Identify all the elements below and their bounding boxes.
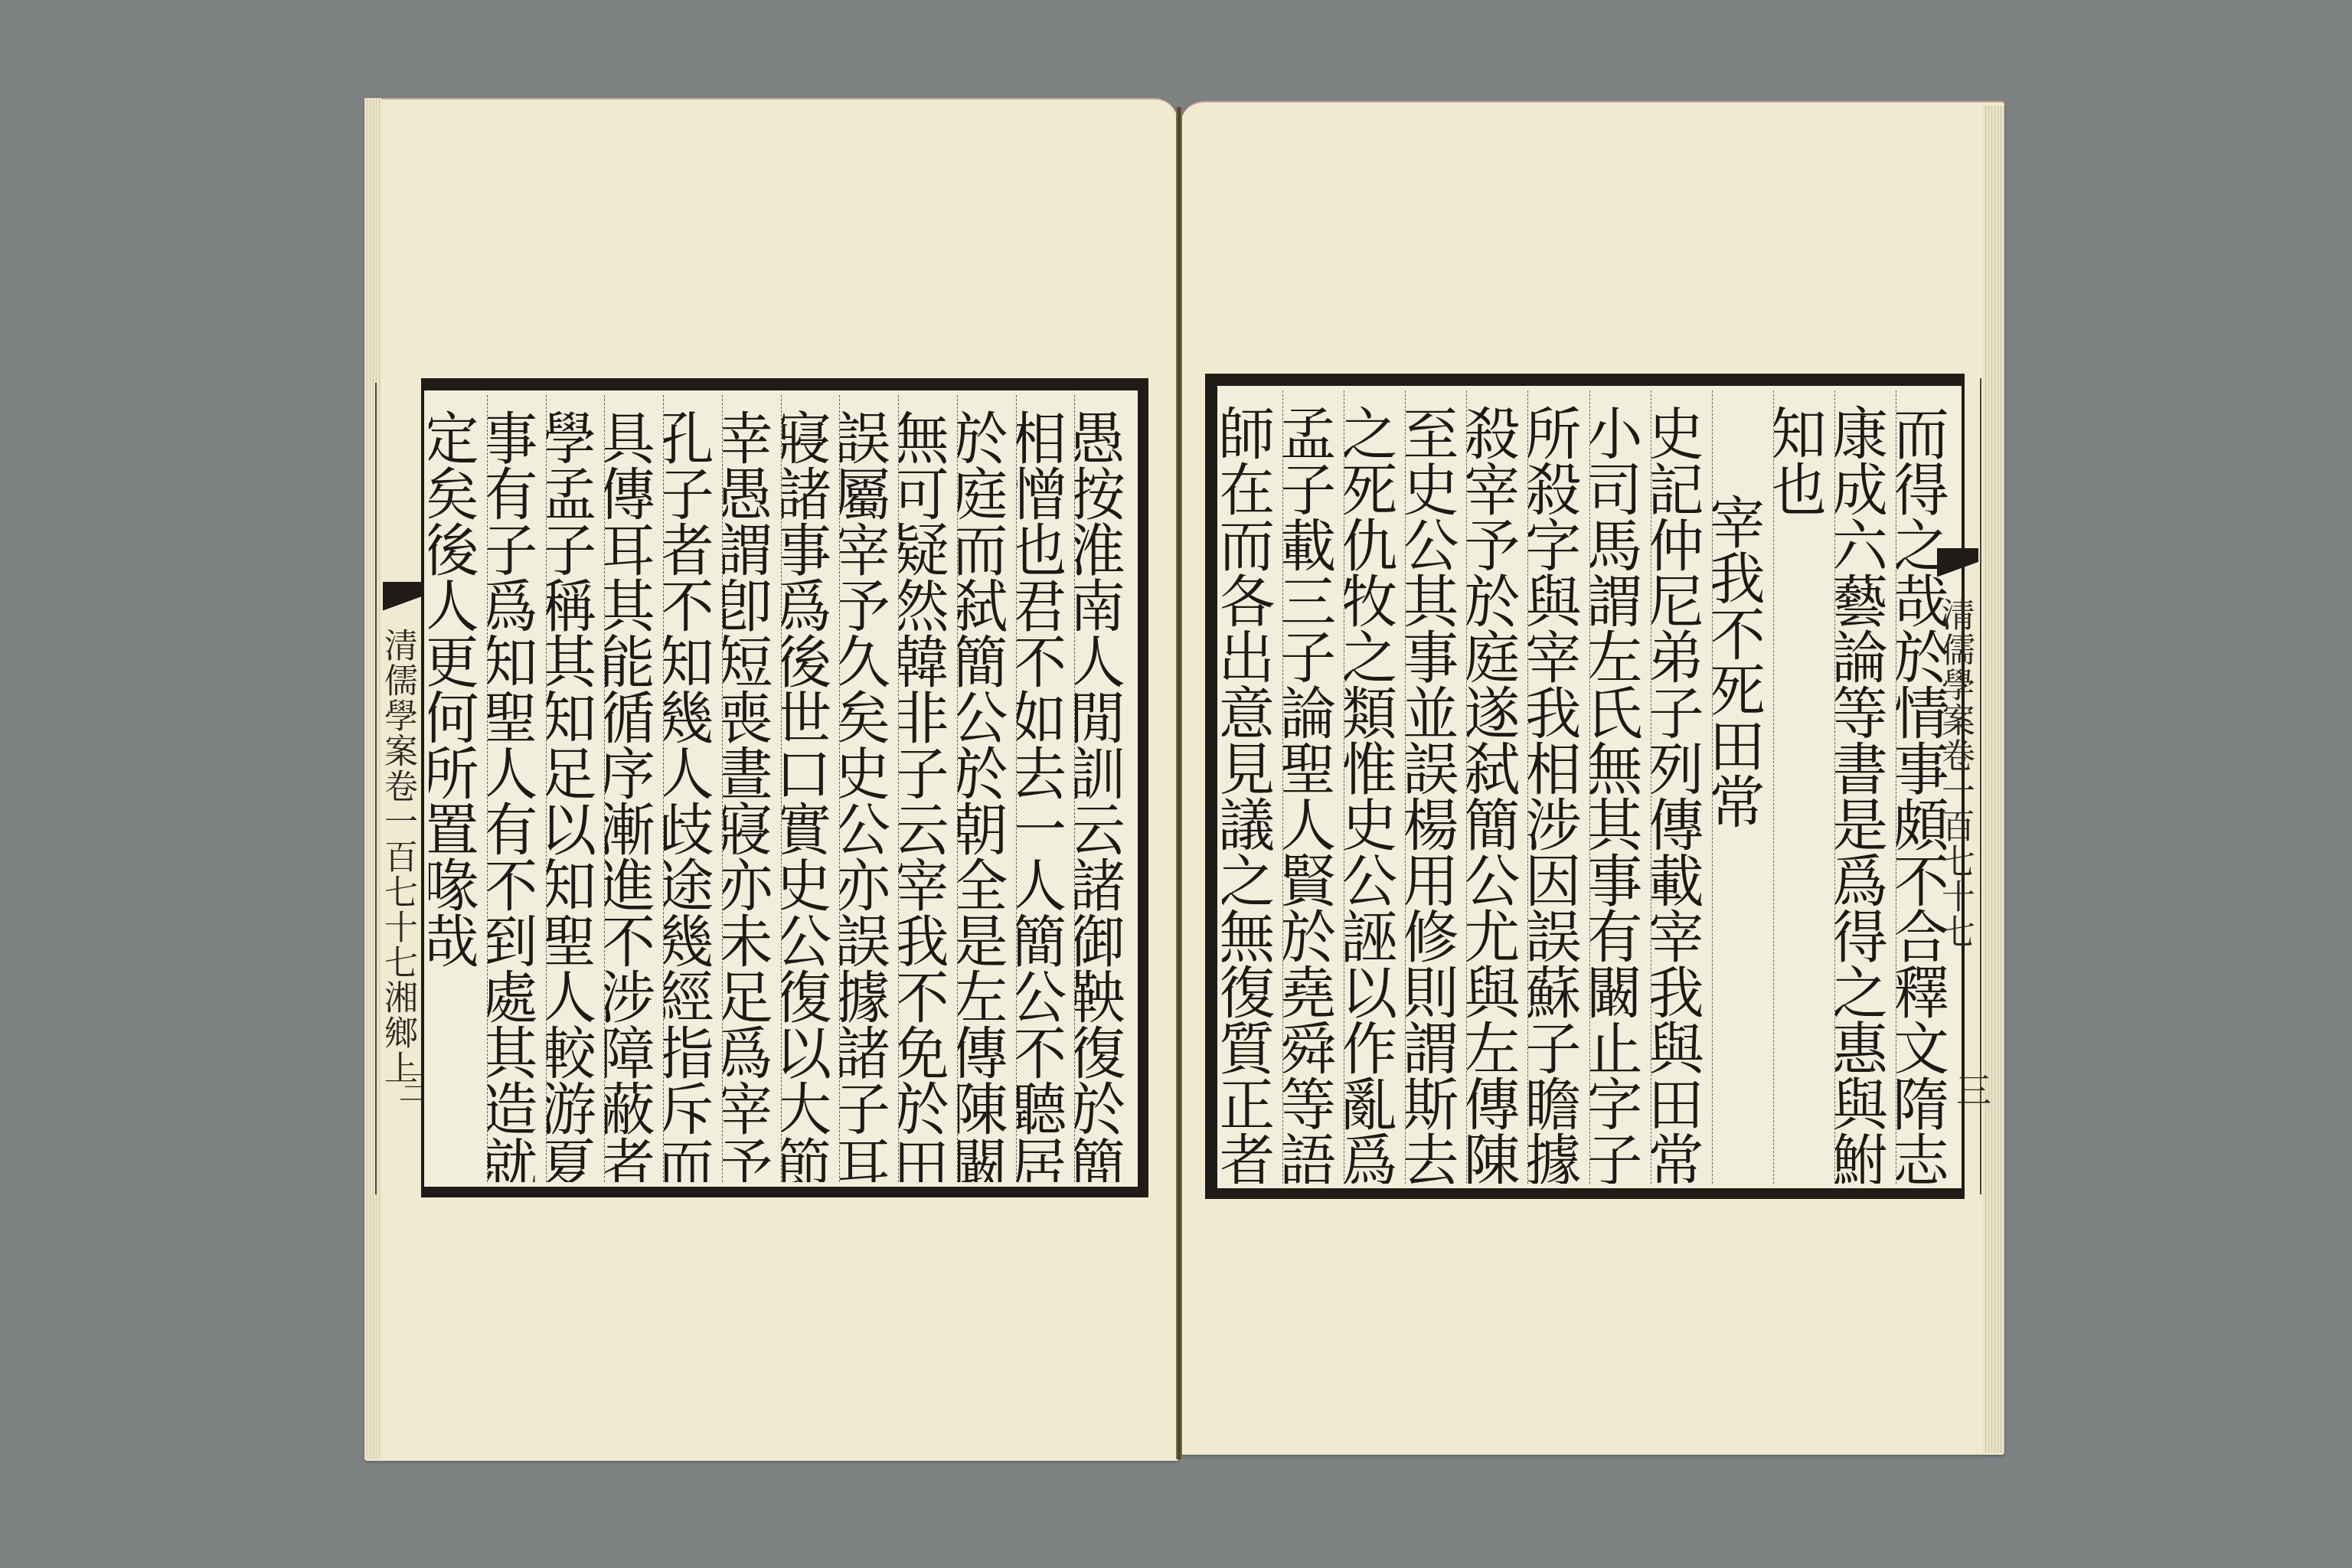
book-spine-gutter <box>1176 107 1182 1459</box>
right-page-edge-stack <box>1983 106 2004 1453</box>
right-fishtail-mark-icon <box>1937 548 1978 585</box>
left-text-columns: 愚按淮南人閒訓云諸御鞅復於簡公曰陳成常宰予二子甚 相憎也君不如去一人簡公不聽居無… <box>429 395 1133 1182</box>
right-banxin-title: 清儒學案卷一百七十七 <box>1935 597 1974 949</box>
text-column: 寢諸事爲後世口實史公復以大節誣之聖門高弟乃遭此不 <box>781 395 840 1182</box>
text-column: 之死仇牧之類惟史公誣以作亂爲非閒百詩又據洪容齋說 <box>1344 390 1405 1184</box>
text-column: 具傳耳其能循序漸進不涉障蔽者惟顏閔冉庶幾焉宰子之 <box>604 395 663 1182</box>
text-column: 孔子者不知幾人歧途幾經指斥而後能無乖大義特其事不 <box>663 395 722 1182</box>
text-column: 誤屬宰予久矣史公亦誤據諸子耳因慨宰予生平以短喪晝 <box>839 395 898 1182</box>
left-banxin-volume: 清儒學案卷一百七十七 <box>378 628 417 980</box>
text-column: 所殺字與宰我相涉因誤蘇子瞻據李斯之言田常陰取齊國 <box>1527 390 1589 1184</box>
right-text-frame: 而得之哉於情事頗不合釋文隋志屬諸孔惠當出劉向別錄 康成六藝論等書是爲得之惠與鮒騰… <box>1205 374 1965 1199</box>
text-column: 定矣後人更何所置喙哉 <box>429 395 487 1182</box>
section-heading-column: 宰我不死田常 <box>1712 390 1773 1184</box>
left-fishtail-mark-icon <box>383 582 424 619</box>
text-column: 師在而各出意見議之無復質正者宰我不死於田常更可見 <box>1222 390 1282 1184</box>
text-column: 殺宰予於庭遂弑簡公尤與左傳陳闞事合本譌闞止爲宰我 <box>1466 390 1527 1184</box>
text-column: 事有子爲知聖人有不到處其造就出三子上可知孟子已論 <box>487 395 546 1182</box>
text-column: 小司馬謂左氏無其事有闞止字子我田闞爭寵子我爲陳恆 <box>1589 390 1651 1184</box>
left-text-frame: 愚按淮南人閒訓云諸御鞅復於簡公曰陳成常宰予二子甚 相憎也君不如去一人簡公不聽居無… <box>421 378 1148 1197</box>
text-column: 相憎也君不如去一人簡公不聽居無幾何陳成常果攻宰子 <box>1016 395 1075 1182</box>
text-column: 無可疑然韓非子云宰我不免於田常韓非李斯同學其事之 <box>898 395 957 1182</box>
text-column: 幸愚謂卽短喪晝寢亦未足爲宰予訴病當時七十子受裁於 <box>722 395 781 1182</box>
right-page-number: 三 <box>1946 1072 1997 1107</box>
text-column: 愚按淮南人閒訓云諸御鞅復於簡公曰陳成常宰予二子甚 <box>1074 395 1133 1182</box>
text-column: 學孟子稱其知足以知聖人較游夏顓孫於夫子歿後乃欲重 <box>546 395 605 1182</box>
text-column: 康成六藝論等書是爲得之惠與鮒騰並世其所爲二子不及 <box>1834 390 1896 1184</box>
text-column: 至史公其事並誤楊用修則謂斯去宰予未遠當得其實宰子 <box>1405 390 1466 1184</box>
text-column: 史記仲尼弟子列傳載宰我與田常作亂以夷其族孔子恥之 <box>1651 390 1712 1184</box>
text-column: 知也 <box>1773 390 1834 1184</box>
left-banxin-rule <box>375 383 377 1194</box>
open-book: 清儒學案卷一百七十七湘鄉上 三 愚按淮南人閒訓云諸御鞅復於簡公曰陳成常宰予二子甚… <box>0 0 2352 1568</box>
text-column: 於庭而弑簡公於朝全是左傳陳闞事宰我爲闞子我之誤更 <box>957 395 1016 1182</box>
left-banxin-title: 清儒學案卷一百七十七湘鄉上 <box>378 628 416 1086</box>
text-column: 孟子載三子論聖人賢於堯舜等語似是夫子沒後所談未有 <box>1282 390 1344 1184</box>
right-text-columns: 而得之哉於情事頗不合釋文隋志屬諸孔惠當出劉向別錄 康成六藝論等書是爲得之惠與鮒騰… <box>1222 390 1957 1184</box>
